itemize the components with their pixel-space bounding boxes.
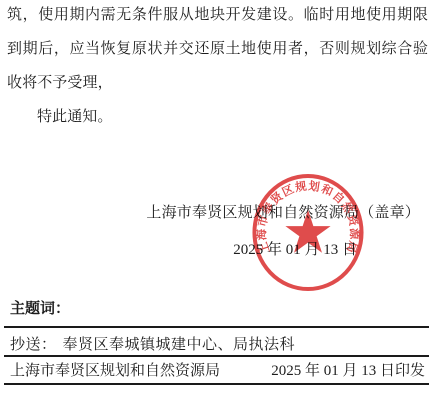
divider-bottom: [4, 383, 429, 385]
cc-recipients: 奉贤区奉城镇城建中心、局执法科: [63, 337, 296, 353]
closing-paragraph: 特此通知。: [7, 100, 428, 134]
cc-label: 抄送：: [10, 337, 57, 353]
print-info-row: 上海市奉贤区规划和自然资源局 2025 年 01 月 13 日印发: [10, 361, 425, 381]
body-text-block: 筑，使用期内需无条件服从地块开发建设。临时用地使用期限到期后，应当恢复原状并交还…: [7, 0, 428, 134]
official-seal: 上海市奉贤区规划和自然资源局: [250, 173, 366, 292]
divider-middle: [4, 355, 429, 357]
body-paragraph: 筑，使用期内需无条件服从地块开发建设。临时用地使用期限到期后，应当恢复原状并交还…: [7, 0, 428, 100]
issuing-organization: 上海市奉贤区规划和自然资源局: [10, 361, 220, 381]
cc-row: 抄送：奉贤区奉城镇城建中心、局执法科: [10, 335, 425, 355]
print-date: 2025 年 01 月 13 日印发: [271, 361, 425, 381]
divider-top: [4, 326, 429, 328]
star-icon: [285, 210, 330, 253]
document-page: 筑，使用期内需无条件服从地块开发建设。临时用地使用期限到期后，应当恢复原状并交还…: [0, 0, 433, 398]
subject-keywords-label: 主题词：: [10, 299, 70, 319]
